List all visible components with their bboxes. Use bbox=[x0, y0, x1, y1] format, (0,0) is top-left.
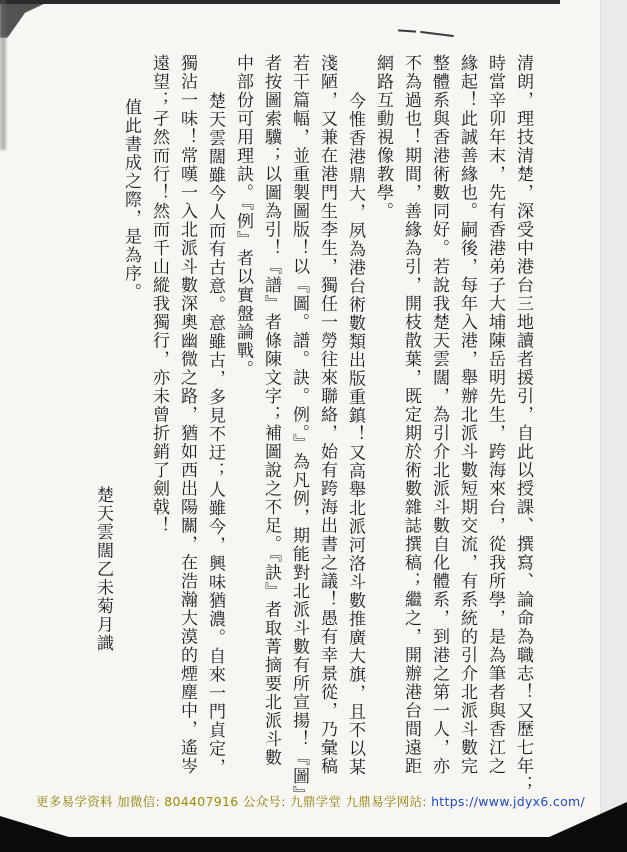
scan-artifact-bottom-left-wedge bbox=[0, 816, 72, 838]
text-column-paragraph-start: 值此書成之際，是為序。 bbox=[117, 54, 145, 806]
scan-edge-right bbox=[600, 0, 627, 852]
text-column: 遠望；孑然而行！然而千山縱我獨行，亦未曾折銷了劍戟！ bbox=[145, 54, 173, 806]
text-column: 緣起！此誠善緣也。嗣後，每年入港，舉辦北派斗數短期交流，有系統的引介北派斗數完 bbox=[453, 54, 481, 806]
scanned-book-page: 清朗，理技清楚，深受中港台三地讀者援引，自此以授課、撰寫、論命為職志！又歷七年；… bbox=[0, 0, 627, 852]
text-column: 整體系與香港術數同好。若說我楚天雲闊，為引介北派斗數自化體系，到港之第一人，亦 bbox=[425, 54, 453, 806]
watermark-label: 更多易学资料 加微信: bbox=[36, 794, 164, 809]
scan-artifact-top-left-corner bbox=[0, 0, 52, 38]
text-column-paragraph-start: 今惟香港鼎大，夙為港台術數類出版重鎮！又高舉北派河洛斗數推廣大旗，且不以某 bbox=[341, 54, 369, 806]
text-column: 清朗，理技清楚，深受中港台三地讀者援引，自此以授課、撰寫、論命為職志！又歷七年； bbox=[509, 54, 537, 806]
preface-text-block: 清朗，理技清楚，深受中港台三地讀者援引，自此以授課、撰寫、論命為職志！又歷七年；… bbox=[89, 54, 537, 806]
text-column-paragraph-start: 楚天雲闊雖今人而有古意。意雖古，多見不迂；人雖今，興味猶濃。自來一門貞定， bbox=[201, 54, 229, 806]
text-column: 若干篇幅，並重製圖版！以『圖。譜。訣。例。』為凡例，期能對北派斗數有所宣揚！『圖… bbox=[285, 54, 313, 806]
text-column: 者按圖索驥；以圖為引！『譜』者條陳文字；補圖說之不足。『訣』者取菁摘要北派斗數 bbox=[257, 54, 285, 806]
text-column: 淺陋，又兼在港門生李生，獨任一勞往來聯絡，始有跨海出書之議！愚有幸景從，乃彙稿 bbox=[313, 54, 341, 806]
watermark-wechat-number: 804407916 bbox=[164, 794, 238, 809]
watermark-footer: 更多易学资料 加微信: 804407916 公众号: 九鼎学堂 九鼎易学网站: … bbox=[36, 792, 585, 810]
text-column: 時當辛卯年末，先有香港弟子大埔陳岳明先生，跨海來台，從我所學，是為筆者與香江之 bbox=[481, 54, 509, 806]
scan-artifact-bottom-bar bbox=[0, 837, 627, 852]
scan-artifact-scratch bbox=[398, 29, 416, 32]
scan-artifact-top-edge bbox=[0, 0, 560, 4]
signature-column: 楚天雲闊乙未菊月識 bbox=[89, 54, 117, 806]
watermark-website-url: https://www.jdyx6.com/ bbox=[431, 794, 585, 809]
scan-artifact-scratch bbox=[420, 31, 454, 37]
text-column: 不為過也！期間，善緣為引，開枝散葉，既定期於術數雜誌撰稿；繼之，開辦港台間遠距 bbox=[397, 54, 425, 806]
watermark-accounts: 公众号: 九鼎学堂 九鼎易学网站: bbox=[239, 794, 432, 809]
text-column: 獨沾一味！常嘆一入北派斗數深奧幽微之路，猶如西出陽關，在浩瀚大漠的煙塵中，遙岑 bbox=[173, 54, 201, 806]
scan-artifact-left-smudge bbox=[0, 0, 6, 150]
text-column: 中部份可用理訣。『例』者以實盤論戰。 bbox=[229, 54, 257, 806]
text-column: 網路互動視像教學。 bbox=[369, 54, 397, 806]
